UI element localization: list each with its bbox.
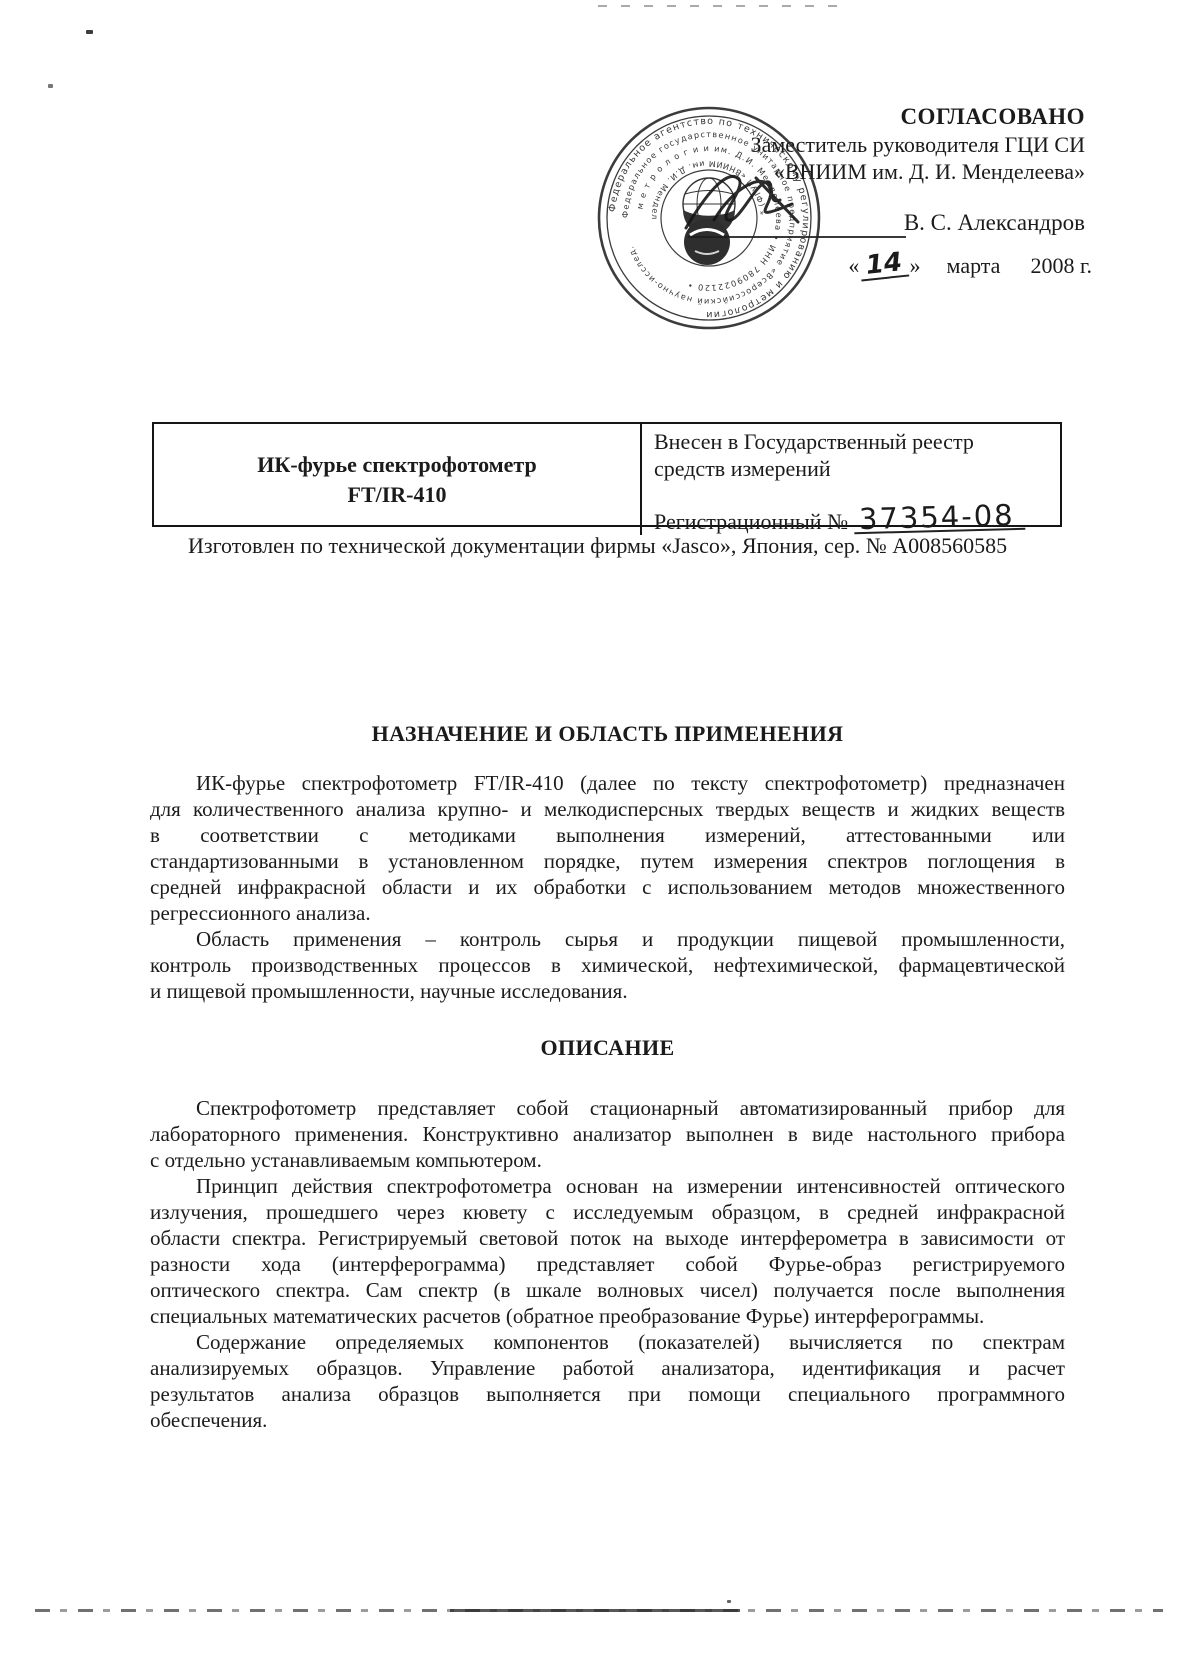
text-line: ИК-фурье спектрофотометр FT/IR-410 (дале… (150, 770, 1065, 796)
registration-label: Регистрационный № (654, 509, 848, 534)
date-open-quote: « (848, 253, 859, 279)
handwritten-signature (656, 158, 866, 244)
section-heading: ОПИСАНИЕ (150, 1035, 1065, 1061)
text-line: для количественного анализа крупно- и ме… (150, 796, 1065, 822)
text-line: средней инфракрасной области и их обрабо… (150, 874, 1065, 900)
registry-line1: Внесен в Государственный реестр (654, 428, 1056, 455)
date-close-quote: » (910, 253, 921, 279)
text-line: Содержание определяемых компонентов (пок… (150, 1329, 1065, 1355)
text-line: лабораторного применения. Конструктивно … (150, 1121, 1065, 1147)
text-line: обеспечения. (150, 1407, 1065, 1433)
text-line: результатов анализа образцов выполняется… (150, 1381, 1065, 1407)
date-year: 2008 г. (1030, 253, 1092, 279)
device-registry-table: ИК-фурье спектрофотометр FT/IR-410 Внесе… (152, 422, 1062, 527)
device-title-cell: ИК-фурье спектрофотометр FT/IR-410 (154, 424, 642, 535)
paragraph: ИК-фурье спектрофотометр FT/IR-410 (дале… (150, 770, 1065, 926)
handwritten-registration-number: 37354-08 (854, 502, 1025, 534)
text-line: излучения, прошедшего через кювету с исс… (150, 1199, 1065, 1225)
date-month: марта (947, 253, 1001, 279)
handwritten-day: 14 (859, 250, 910, 282)
text-line: анализируемых образцов. Управление работ… (150, 1355, 1065, 1381)
device-title-line1: ИК-фурье спектрофотометр (257, 450, 536, 480)
approval-date: «14»марта2008 г. (848, 252, 1092, 279)
text-line: с отдельно устанавливаемым компьютером. (150, 1147, 1065, 1173)
paragraph: Содержание определяемых компонентов (пок… (150, 1329, 1065, 1433)
text-line: области спектра. Регистрируемый световой… (150, 1225, 1065, 1251)
text-line: контроль производственных процессов в хи… (150, 952, 1065, 978)
scan-speck (48, 84, 53, 88)
text-line: разности хода (интерферограмма) представ… (150, 1251, 1065, 1277)
text-line: Принцип действия спектрофотометра основа… (150, 1173, 1065, 1199)
device-title-line2: FT/IR-410 (348, 480, 447, 510)
document-body: НАЗНАЧЕНИЕ И ОБЛАСТЬ ПРИМЕНЕНИЯИК-фурье … (150, 721, 1065, 1433)
text-line: и пищевой промышленности, научные исслед… (150, 978, 1065, 1004)
text-line: специальных математических расчетов (обр… (150, 1303, 1065, 1329)
manufactured-line: Изготовлен по технической документации ф… (188, 533, 1007, 559)
scan-speck (86, 30, 93, 34)
text-line: Спектрофотометр представляет собой стаци… (150, 1095, 1065, 1121)
registration-row: Регистрационный №37354-08 (654, 506, 1056, 535)
signatory-name: В. С. Александров (904, 210, 1085, 236)
text-line: оптического спектра. Сам спектр (в шкале… (150, 1277, 1065, 1303)
scan-artifact-bottom-line-dark (450, 1609, 740, 1612)
text-line: Область применения – контроль сырья и пр… (150, 926, 1065, 952)
paragraph: Спектрофотометр представляет собой стаци… (150, 1095, 1065, 1173)
text-line: в соответствии с методиками выполнения и… (150, 822, 1065, 848)
document-page: СОГЛАСОВАНО Заместитель руководителя ГЦИ… (0, 0, 1194, 1662)
registry-line2: средств измерений (654, 455, 1056, 482)
scan-speck (727, 1600, 731, 1603)
text-line: стандартизованными в установленном поряд… (150, 848, 1065, 874)
registry-cell: Внесен в Государственный реестр средств … (642, 424, 1064, 535)
section-heading: НАЗНАЧЕНИЕ И ОБЛАСТЬ ПРИМЕНЕНИЯ (150, 721, 1065, 747)
paragraph: Область применения – контроль сырья и пр… (150, 926, 1065, 1004)
scan-artifact-top-dashes (598, 5, 848, 7)
paragraph: Принцип действия спектрофотометра основа… (150, 1173, 1065, 1329)
text-line: регрессионного анализа. (150, 900, 1065, 926)
